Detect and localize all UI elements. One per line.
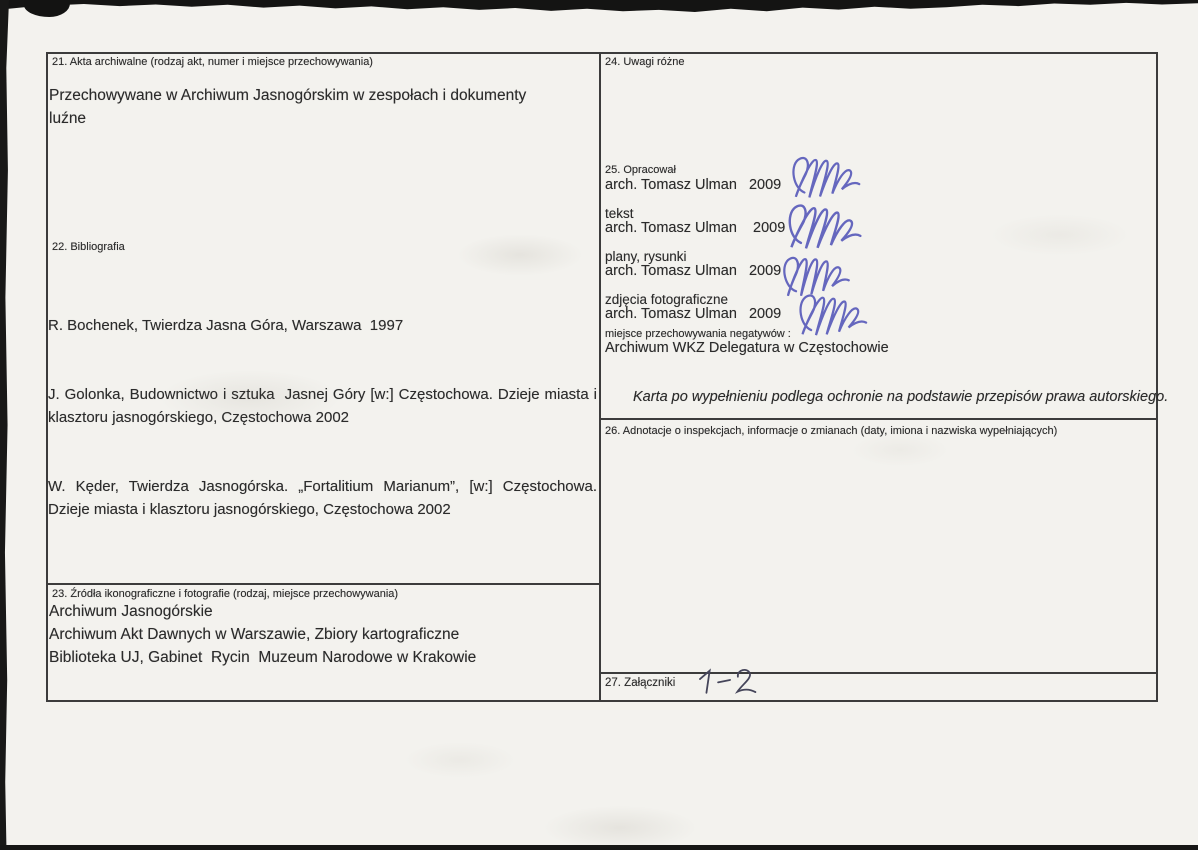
field-21-text: Przechowywane w Archiwum Jasnogórskim w … <box>49 84 554 130</box>
scanner-corner-blob-artifact <box>24 0 70 17</box>
field-23-label: 23. Źródła ikonograficzne i fotografie (… <box>52 588 398 600</box>
field-25-label: 25. Opracował <box>605 164 676 176</box>
row-divider-above-field-26 <box>599 418 1156 420</box>
field-25-caption-tekst: tekst <box>605 206 634 221</box>
field-27-label: 27. Załączniki <box>605 677 675 689</box>
row-divider-above-field-27 <box>599 672 1156 674</box>
scanner-bottom-edge-artifact <box>0 845 1198 850</box>
scanner-top-edge-artifact <box>0 0 1198 16</box>
field-22-bibliography: R. Bochenek, Twierdza Jasna Góra, Warsza… <box>48 268 597 567</box>
scanned-card-page: 21. Akta archiwalne (rodzaj akt, numer i… <box>0 0 1198 850</box>
field-22-label: 22. Bibliografia <box>52 241 125 253</box>
bibliography-entry: J. Golonka, Budownictwo i sztuka Jasnej … <box>48 383 597 429</box>
column-divider-line <box>599 52 601 700</box>
field-25-caption-plany: plany, rysunki <box>605 249 687 264</box>
scanner-left-edge-artifact <box>0 0 9 850</box>
copyright-note: Karta po wypełnieniu podlega ochronie na… <box>633 389 1168 405</box>
field-25-negatives-label: miejsce przechowywania negatywów : <box>605 328 791 340</box>
field-25-author-line: arch. Tomasz Ulman 2009 <box>605 263 781 279</box>
field-23-sources: Archiwum JasnogórskieArchiwum Akt Dawnyc… <box>49 600 597 669</box>
field-24-label: 24. Uwagi różne <box>605 56 685 68</box>
bibliography-entry: W. Kęder, Twierdza Jasnogórska. „Fortali… <box>48 475 597 521</box>
field-21-label: 21. Akta archiwalne (rodzaj akt, numer i… <box>52 56 373 68</box>
field-25-author-line: arch. Tomasz Ulman 2009 <box>605 306 781 322</box>
field-25-author-line: arch. Tomasz Ulman 2009 <box>605 220 785 236</box>
row-divider-above-field-23 <box>46 583 599 585</box>
field-26-label: 26. Adnotacje o inspekcjach, informacje … <box>605 425 1057 437</box>
field-25-negatives-value: Archiwum WKZ Delegatura w Częstochowie <box>605 340 889 356</box>
field-25-caption-zdjecia: zdjęcia fotograficzne <box>605 292 728 307</box>
bibliography-entry: R. Bochenek, Twierdza Jasna Góra, Warsza… <box>48 314 597 337</box>
field-25-author-line: arch. Tomasz Ulman 2009 <box>605 177 781 193</box>
